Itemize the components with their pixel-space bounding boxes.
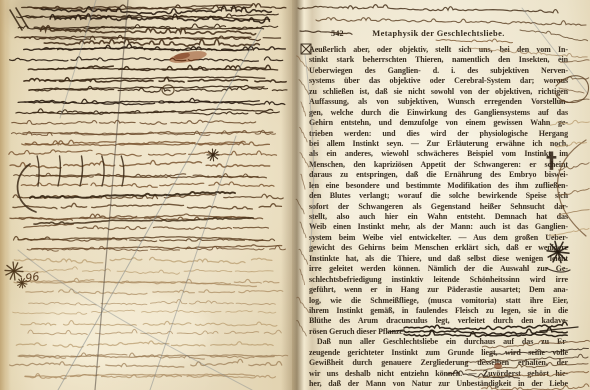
- printed-line: Menschen, den kapriziösen Appetit der Sc…: [309, 160, 568, 170]
- printed-line: geführt, wenn er in Hang zur Päderastie …: [309, 285, 568, 295]
- printed-line: Aeußerlich aber, oder objektiv, stellt s…: [309, 45, 568, 55]
- printed-line: zu schließen ist, daß sie nicht sowohl v…: [309, 87, 568, 97]
- printed-line: bei allem Instinkt seyn. — Zur Erläuteru…: [309, 139, 568, 149]
- printed-line: schlechtsbefriedigung instinktiv leitend…: [309, 275, 568, 285]
- printed-line: Blüthe des Arum dracunculus legt, verlei…: [309, 316, 568, 326]
- printed-line: ihrem Instinkt gemäß, in faulendes Fleis…: [309, 306, 568, 316]
- printed-line: Daß nun aller Geschlechtsliebe ein durch…: [309, 337, 568, 347]
- printed-line: Instinkte hat, als die Thiere, und daß s…: [309, 254, 568, 264]
- printed-line: gen, welche durch die Einwirkung des Gan…: [309, 108, 568, 118]
- printed-line: gewicht des Gehirns beim Menschen erklär…: [309, 243, 568, 253]
- printed-line: stellt, also auch hier ein Wahn entsteht…: [309, 212, 568, 222]
- page-header: 542 Metaphysik der Geschlechtsliebe.: [309, 28, 568, 39]
- running-title: Metaphysik der Geschlechtsliebe.: [309, 28, 568, 39]
- printed-line: log, wie die Schmeißfliege, (musca vomit…: [309, 296, 568, 306]
- printed-line: zeugende gerichteter Instinkt zum Grunde…: [309, 348, 568, 358]
- printed-line: her, daß der Mann von Natur zur Unbestän…: [309, 379, 568, 389]
- printed-line: Auffassung, als von subjektiven, Wunsch …: [309, 97, 568, 107]
- printed-line: als ein anderes, wiewohl schwächeres Bei…: [309, 149, 568, 159]
- left-page-deckle-edge: [0, 0, 10, 390]
- printed-line: system beim Weibe viel entwickelter. — A…: [309, 233, 568, 243]
- paper-blotch: [40, 290, 210, 370]
- printed-line: Gewißheit durch genauere Zergliederung d…: [309, 358, 568, 368]
- page-number: 542: [331, 28, 344, 39]
- printed-line: den Blutes verlangt; worauf die solche b…: [309, 191, 568, 201]
- printed-line: rösen Geruch dieser Pflanze ——: [309, 327, 568, 337]
- printed-line: sofort der Schwangeren als Gegenstand he…: [309, 202, 568, 212]
- printed-line: Ueberwiegen des Ganglien- d. i. des subj…: [309, 66, 568, 76]
- printed-line: trieben werden: und dies wird der physio…: [309, 129, 568, 139]
- printed-text-block: Aeußerlich aber, oder objektiv, stellt s…: [309, 45, 568, 389]
- book-spread: 542 Metaphysik der Geschlechtsliebe. Aeu…: [0, 0, 590, 390]
- printed-line: Gehirn entstehn, und demzufolge von eine…: [309, 118, 568, 128]
- printed-line: irre geleitet werden können. Nämlich der…: [309, 264, 568, 274]
- printed-line: Weib einen Instinkt mehr, als der Mann: …: [309, 222, 568, 232]
- printed-line: stinkt stark beherrschten Thieren, namen…: [309, 55, 568, 65]
- printed-line: systems über das objektive oder Cerebral…: [309, 76, 568, 86]
- printed-line: daraus zu entspringen, daß die Ernährung…: [309, 170, 568, 180]
- printed-line: wir uns deshalb nicht entziehn können. —…: [309, 369, 568, 379]
- printed-line: len eine besondere und bestimmte Modifik…: [309, 181, 568, 191]
- printed-text-column: 542 Metaphysik der Geschlechtsliebe. Aeu…: [309, 28, 568, 389]
